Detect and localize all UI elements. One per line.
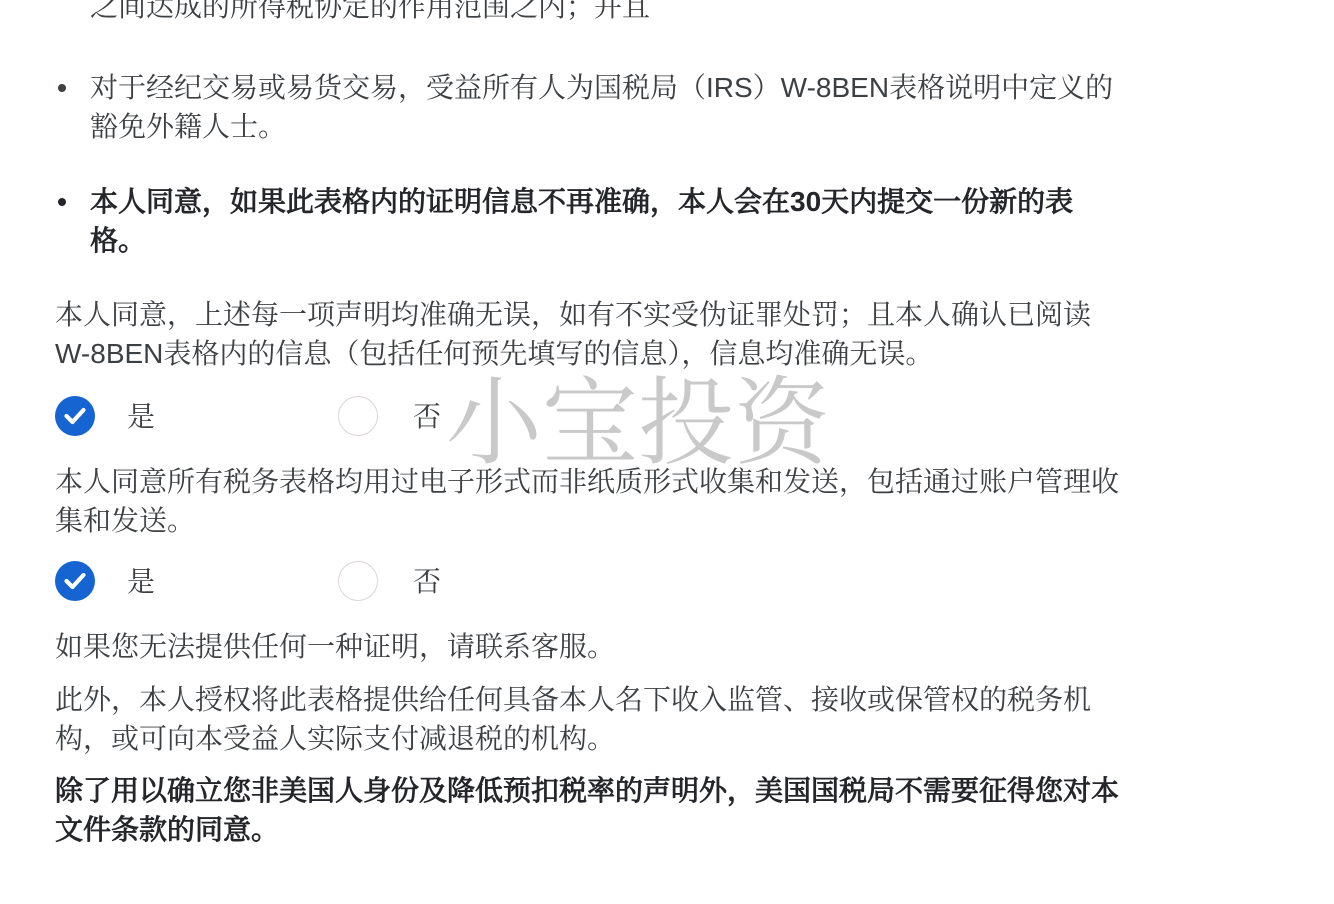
irs-consent-paragraph: 除了用以确立您非美国人身份及降低预扣税率的声明外，美国国税局不需要征得您对本 文… xyxy=(55,771,1279,849)
treaty-scope-continuation-text: 之间达成的所得税协定的作用范围之内；并且 xyxy=(90,0,1279,26)
tax-form-page: 小宝投资 之间达成的所得税协定的作用范围之内；并且 对于经纪交易或易货交易，受益… xyxy=(0,0,1334,904)
form-content: 之间达成的所得税协定的作用范围之内；并且 对于经纪交易或易货交易，受益所有人为国… xyxy=(0,0,1334,849)
checkmark-icon xyxy=(64,407,86,425)
authorize-disclosure-paragraph: 此外，本人授权将此表格提供给任何具备本人名下收入监管、接收或保管权的税务机 构，… xyxy=(55,680,1279,758)
bullet-cell xyxy=(55,182,90,206)
certify-radio-group: 是 否 xyxy=(55,396,1279,436)
certify-radio-no[interactable] xyxy=(338,396,378,436)
electronic-radio-yes-label[interactable]: 是 xyxy=(127,562,155,601)
bullet-resubmit-30days: 本人同意，如果此表格内的证明信息不再准确，本人会在30天内提交一份新的表 格。 xyxy=(55,182,1279,260)
certify-radio-no-label[interactable]: 否 xyxy=(413,397,441,436)
bullet-exempt-foreign-person: 对于经纪交易或易货交易，受益所有人为国税局（IRS）W-8BEN表格说明中定义的… xyxy=(55,68,1279,146)
bullet-exempt-foreign-person-text: 对于经纪交易或易货交易，受益所有人为国税局（IRS）W-8BEN表格说明中定义的… xyxy=(90,68,1279,146)
certify-radio-yes-label[interactable]: 是 xyxy=(127,397,155,436)
electronic-radio-no[interactable] xyxy=(338,561,378,601)
electronic-radio-no-label[interactable]: 否 xyxy=(413,562,441,601)
bullet-dot-icon xyxy=(58,198,66,206)
contact-support-line: 如果您无法提供任何一种证明，请联系客服。 xyxy=(55,627,1279,666)
electronic-radio-group: 是 否 xyxy=(55,561,1279,601)
certify-radio-yes-selected[interactable] xyxy=(55,396,95,436)
checkmark-icon xyxy=(64,572,86,590)
bullet-dot-icon xyxy=(58,84,66,92)
bullet-resubmit-30days-text: 本人同意，如果此表格内的证明信息不再准确，本人会在30天内提交一份新的表 格。 xyxy=(90,182,1279,260)
certify-statements-paragraph: 本人同意，上述每一项声明均准确无误，如有不实受伪证罪处罚；且本人确认已阅读 W-… xyxy=(55,295,1279,373)
electronic-delivery-paragraph: 本人同意所有税务表格均用过电子形式而非纸质形式收集和发送，包括通过账户管理收 集… xyxy=(55,462,1279,540)
bullet-cell xyxy=(55,68,90,92)
electronic-radio-yes-selected[interactable] xyxy=(55,561,95,601)
